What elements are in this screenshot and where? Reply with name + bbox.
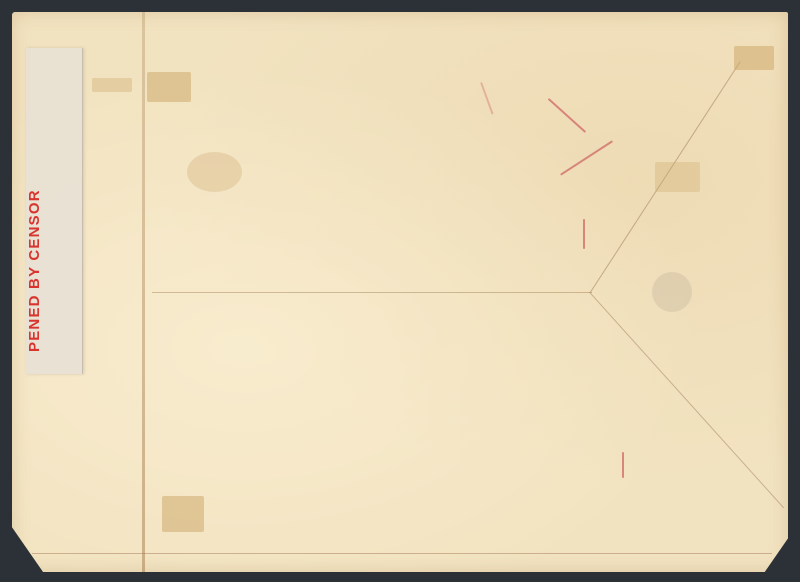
bottom-fold-line xyxy=(32,553,772,554)
tape-residue xyxy=(92,78,132,92)
pencil-mark xyxy=(560,140,613,175)
tape-residue xyxy=(162,496,204,532)
age-stain xyxy=(652,272,692,312)
lower-diagonal-fold xyxy=(589,292,784,508)
tape-residue xyxy=(734,46,774,70)
pencil-mark xyxy=(622,452,624,478)
pencil-mark xyxy=(583,219,585,249)
pencil-mark xyxy=(548,98,586,133)
censor-label: PENED BY CENSOR xyxy=(26,189,43,352)
envelope-back xyxy=(12,12,788,572)
age-stain xyxy=(187,152,242,192)
tape-residue xyxy=(147,72,191,102)
horizontal-flap-edge xyxy=(152,292,592,293)
pencil-mark xyxy=(480,82,494,115)
tape-residue xyxy=(655,162,700,192)
left-flap-fold xyxy=(142,12,145,572)
